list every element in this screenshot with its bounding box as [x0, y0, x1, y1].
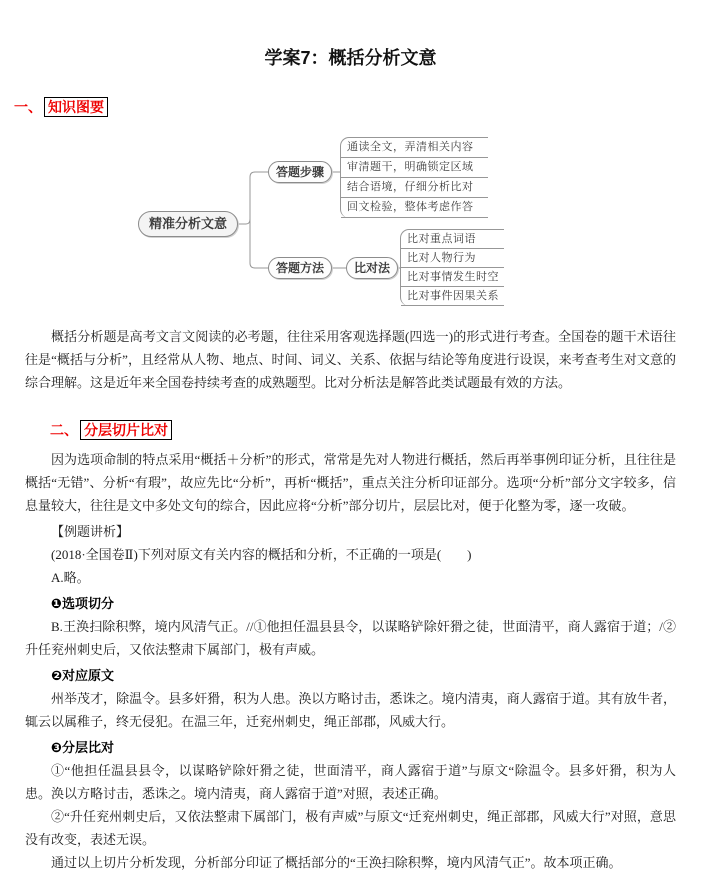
section-two-number: 二、 — [50, 422, 78, 438]
section-two-heading-row: 二、分层切片比对 — [50, 420, 701, 442]
diagram-leaf-compare-1: 比对重点词语 — [401, 230, 504, 249]
diagram-leaf-compare-2: 比对人物行为 — [401, 249, 504, 268]
section-one-number: 一、 — [14, 99, 42, 115]
step-1-title: 选项切分 — [62, 596, 114, 611]
section-two-title: 分层切片比对 — [80, 420, 172, 440]
diagram-leaf-step-2: 审清题干，明确锁定区域 — [341, 158, 488, 178]
intro-paragraph: 概括分析题是高考文言文阅读的必考题，往往采用客观选择题(四选一)的形式进行考查。… — [25, 325, 676, 394]
example-option-a: A.略。 — [25, 566, 676, 589]
example-label: 【例题讲析】 — [25, 520, 676, 543]
knowledge-diagram: 精准分析文意 答题步骤 通读全文，弄清相关内容 审清题干，明确锁定区域 结合语境… — [112, 133, 632, 315]
step-heading-layer-compare: ❸分层比对 — [25, 736, 676, 759]
step-3-title: 分层比对 — [62, 740, 114, 755]
diagram-leaf-compare-4: 比对事件因果关系 — [401, 287, 504, 306]
section-one-heading-row: 一、知识图要 — [14, 97, 701, 119]
diagram-leaf-compare-3: 比对事情发生时空 — [401, 268, 504, 287]
diagram-leaf-step-3: 结合语境，仔细分析比对 — [341, 178, 488, 198]
document-title: 学案7：概括分析文意 — [0, 0, 701, 70]
step-heading-option-slicing: ❶选项切分 — [25, 592, 676, 615]
diagram-answer-steps-leaves: 通读全文，弄清相关内容 审清题干，明确锁定区域 结合语境，仔细分析比对 回文检验… — [340, 137, 488, 218]
compare-item-2: ②“升任兖州刺史后，又依法整肃下属部门，极有声威”与原文“迁兖州刺史，绳正部郡，… — [25, 805, 676, 851]
diagram-node-answer-steps: 答题步骤 — [268, 161, 332, 183]
section-two-paragraph: 因为选项命制的特点采用“概括＋分析”的形式，常常是先对人物进行概括，然后再举事例… — [25, 448, 676, 517]
example-question: (2018·全国卷Ⅱ)下列对原文有关内容的概括和分析，不正确的一项是( ) — [25, 543, 676, 566]
step-2-marker: ❷ — [51, 668, 62, 683]
compare-item-1: ①“他担任温县县令，以谋略铲除奸猾之徒，世面清平，商人露宿于道”与原文“除温令。… — [25, 759, 676, 805]
diagram-leaf-step-1: 通读全文，弄清相关内容 — [341, 138, 488, 158]
step-1-marker: ❶ — [51, 596, 62, 611]
diagram-root-node: 精准分析文意 — [138, 211, 238, 237]
step-2-title: 对应原文 — [62, 668, 114, 683]
step-3-marker: ❸ — [51, 740, 62, 755]
step-option-slicing-content: B.王涣扫除积弊，境内风清气正。//①他担任温县县令，以谋略铲除奸猾之徒，世面清… — [25, 615, 676, 661]
diagram-leaf-step-4: 回文检验，整体考虑作答 — [341, 198, 488, 218]
diagram-node-compare-method: 比对法 — [346, 257, 398, 279]
section-one-title: 知识图要 — [44, 97, 108, 117]
document-page: 学案7：概括分析文意 一、知识图要 精准分析文意 答题步骤 通读全文，弄清相关内… — [0, 0, 701, 877]
diagram-compare-leaves: 比对重点词语 比对人物行为 比对事情发生时空 比对事件因果关系 — [400, 229, 504, 306]
diagram-node-answer-methods: 答题方法 — [268, 257, 332, 279]
conclusion-paragraph: 通过以上切片分析发现，分析部分印证了概括部分的“王涣扫除积弊，境内风清气正”。故… — [25, 851, 676, 874]
step-heading-match-original: ❷对应原文 — [25, 664, 676, 687]
step-original-text-content: 州举茂才，除温令。县多奸猾，积为人患。涣以方略讨击，悉诛之。境内清夷，商人露宿于… — [25, 687, 676, 733]
